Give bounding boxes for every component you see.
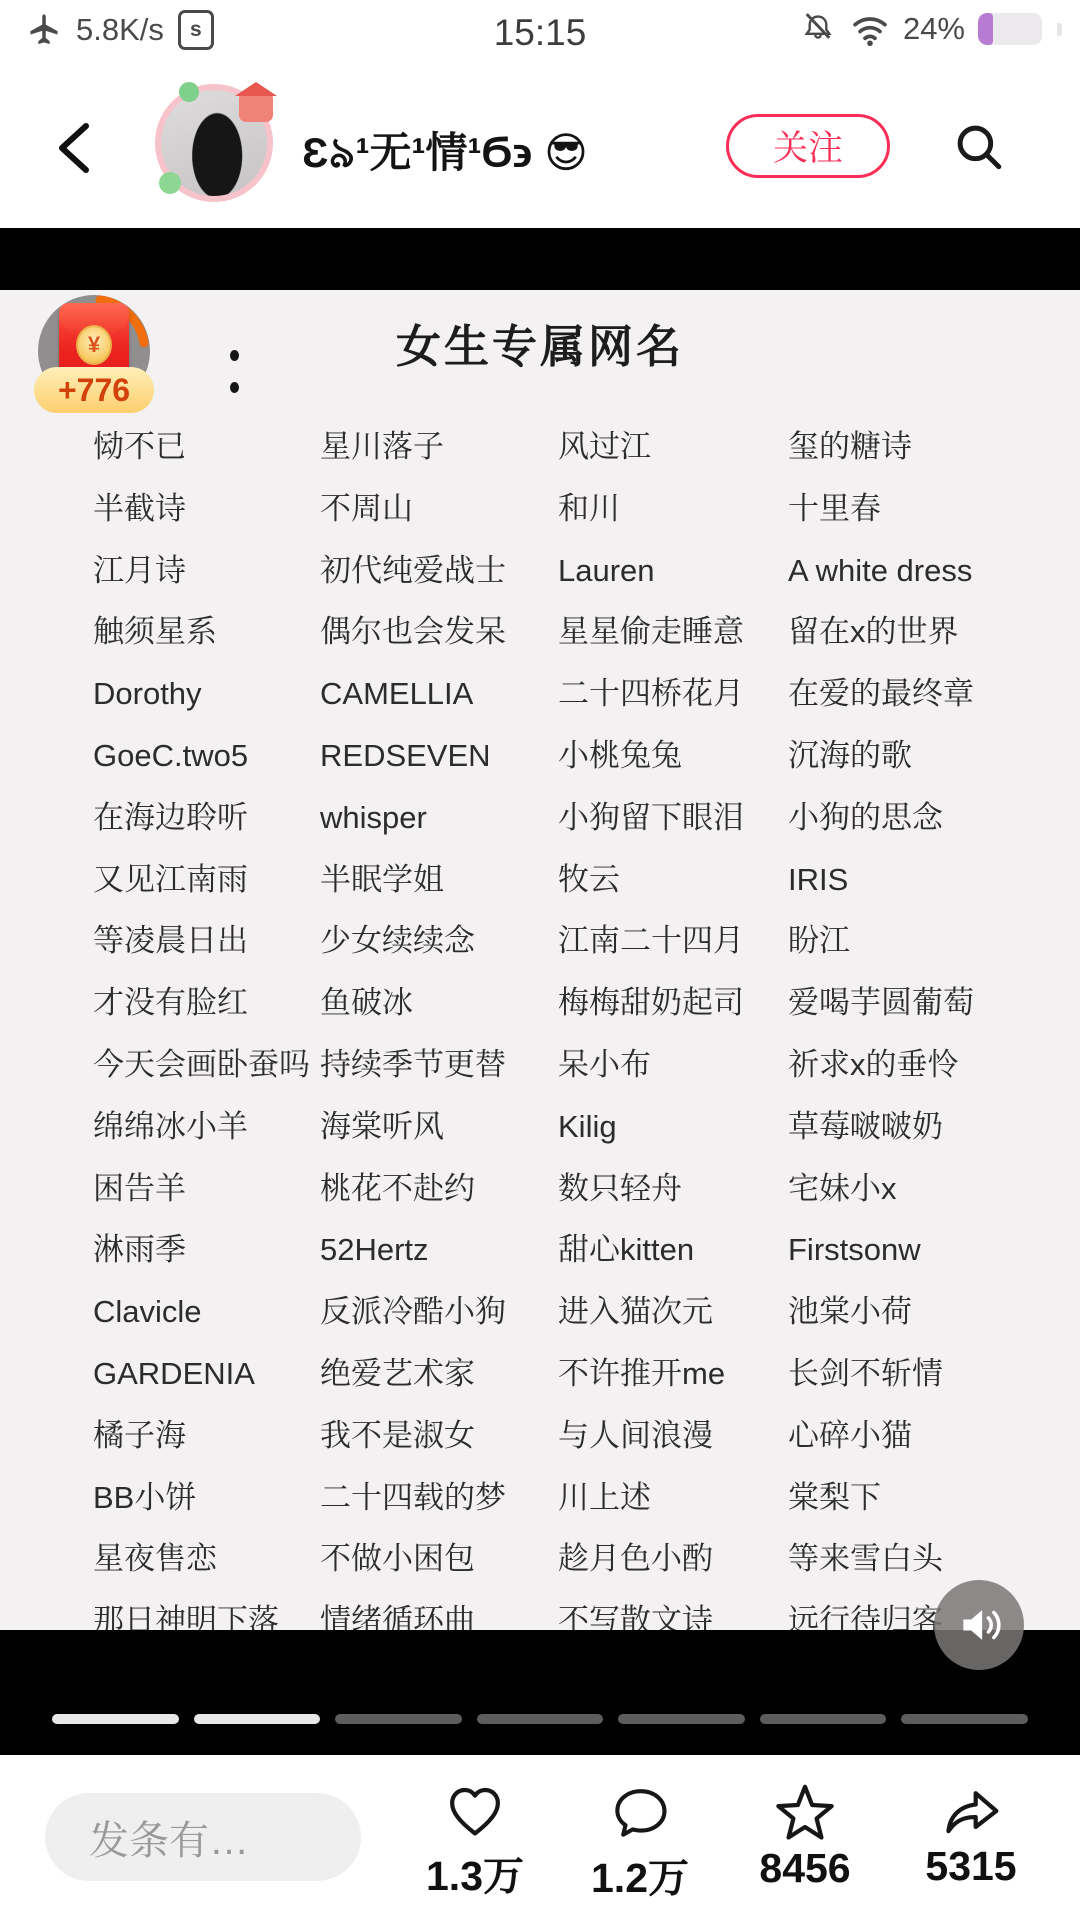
comment-button[interactable]: 1.2万 [560,1783,720,1904]
name-item: Kilig [558,1096,788,1158]
name-item: GoeC.two5 [93,725,320,787]
name-item: 草莓啵啵奶 [788,1096,1054,1158]
name-item: 进入猫次元 [558,1281,788,1343]
comment-bubble-icon [611,1783,669,1841]
names-grid: 恸不已星川落子风过江玺的糖诗半截诗不周山和川十里春江月诗初代纯爱战士Lauren… [93,416,1054,1630]
status-bar: 5.8K/s s 15:15 24% [0,0,1080,62]
share-count: 5315 [925,1843,1016,1890]
speaker-icon [954,1600,1004,1650]
progress-segment[interactable] [194,1714,321,1724]
follow-button[interactable]: 关注 [726,114,890,178]
name-item: 棠梨下 [788,1467,1054,1529]
heart-icon [445,1783,505,1839]
name-item: 半眠学姐 [320,849,558,911]
name-item: 爱喝芋圆葡萄 [788,972,1054,1034]
share-arrow-icon [941,1783,1001,1839]
name-item: A white dress [788,540,1054,602]
avatar-house-decoration-icon [239,92,273,122]
share-button[interactable]: 5315 [891,1783,1051,1890]
name-item: 等来雪白头 [788,1528,1054,1590]
name-item: Lauren [558,540,788,602]
name-item: 恸不已 [93,416,320,478]
progress-segment[interactable] [335,1714,462,1724]
video-artifact-dot [230,350,239,361]
name-item: 偶尔也会发呆 [320,601,558,663]
comment-input-placeholder: 发条有… [89,1809,249,1866]
progress-segment[interactable] [618,1714,745,1724]
name-item: 二十四载的梦 [320,1467,558,1529]
progress-segment[interactable] [52,1714,179,1724]
name-item: 半截诗 [93,478,320,540]
coin-yuan-icon: ¥ [76,325,112,365]
name-item: GARDENIA [93,1343,320,1405]
favorite-button[interactable]: 8456 [725,1783,885,1892]
video-artifact-dot [230,382,239,393]
name-item: 江月诗 [93,540,320,602]
name-item: 绵绵冰小羊 [93,1096,320,1158]
name-item: 少女续续念 [320,910,558,972]
name-item: 和川 [558,478,788,540]
name-item: 在爱的最终章 [788,663,1054,725]
name-item: 那日神明下落 [93,1590,320,1630]
airplane-mode-icon [26,12,62,48]
video-frame: 女生专属网名 ¥ +776 恸不已星川落子风过江玺的糖诗半截诗不周山和川十里春江… [0,290,1080,1630]
name-item: 星夜售恋 [93,1528,320,1590]
name-item: 星星偷走睡意 [558,601,788,663]
name-item: 趁月色小酌 [558,1528,788,1590]
comment-count: 1.2万 [591,1845,689,1904]
name-item: 才没有脸红 [93,972,320,1034]
creator-avatar[interactable] [155,84,273,202]
name-item: 池棠小荷 [788,1281,1054,1343]
avatar-plant-decoration-icon [179,82,199,102]
search-button[interactable] [952,120,1006,174]
name-item: 梅梅甜奶起司 [558,972,788,1034]
name-item: 星川落子 [320,416,558,478]
progress-segment[interactable] [901,1714,1028,1724]
network-speed: 5.8K/s [76,12,164,48]
star-icon [775,1783,835,1841]
name-item: 反派冷酷小狗 [320,1281,558,1343]
video-letterbox-top [0,228,1080,290]
name-item: BB小饼 [93,1467,320,1529]
name-item: 又见江南雨 [93,849,320,911]
name-item: 风过江 [558,416,788,478]
app-screen: 5.8K/s s 15:15 24% [0,0,1080,1920]
name-item: 在海边聆听 [93,787,320,849]
back-button[interactable] [50,120,98,176]
video-progress-bar[interactable] [52,1714,1028,1724]
name-item: 52Hertz [320,1219,558,1281]
red-packet-pendant[interactable]: ¥ +776 [38,295,150,413]
name-item: 初代纯爱战士 [320,540,558,602]
name-item: 小狗留下眼泪 [558,787,788,849]
favorite-count: 8456 [759,1845,850,1892]
name-item: 不写散文诗 [558,1590,788,1630]
comment-input[interactable]: 发条有… [45,1793,361,1881]
name-item: 玺的糖诗 [788,416,1054,478]
progress-segment[interactable] [477,1714,604,1724]
name-item: 甜心kitten [558,1219,788,1281]
name-item: 情绪循环曲 [320,1590,558,1630]
name-item: Clavicle [93,1281,320,1343]
name-item: 十里春 [788,478,1054,540]
red-packet-count-badge: +776 [34,367,154,413]
name-item: 宅妹小x [788,1158,1054,1220]
like-count: 1.3万 [426,1843,524,1902]
sim-s-badge-icon: s [178,10,214,50]
battery-fill [978,13,993,45]
wifi-icon [850,11,890,47]
name-item: 数只轻舟 [558,1158,788,1220]
name-item: whisper [320,787,558,849]
name-item: 等凌晨日出 [93,910,320,972]
name-item: 不做小困包 [320,1528,558,1590]
name-item: 川上述 [558,1467,788,1529]
name-item: 触须星系 [93,601,320,663]
name-item: Dorothy [93,663,320,725]
name-item: Firstsonw [788,1219,1054,1281]
video-letterbox-bottom [0,1630,1080,1755]
name-item: 小桃兔兔 [558,725,788,787]
volume-button[interactable] [934,1580,1024,1670]
name-item: 牧云 [558,849,788,911]
name-item: 盼江 [788,910,1054,972]
name-item: 不周山 [320,478,558,540]
name-item: IRIS [788,849,1054,911]
name-item: 心碎小猫 [788,1405,1054,1467]
name-item: 淋雨季 [93,1219,320,1281]
name-item: 呆小布 [558,1034,788,1096]
battery-nub [1057,23,1062,36]
status-right-group: 24% [799,10,1062,48]
status-left-group: 5.8K/s s [26,10,214,50]
name-item: 不许推开me [558,1343,788,1405]
battery-icon [978,13,1042,45]
name-item: 江南二十四月 [558,910,788,972]
name-item: 橘子海 [93,1405,320,1467]
video-title: 女生专属网名 [0,310,1080,375]
name-item: 长剑不斩情 [788,1343,1054,1405]
like-button[interactable]: 1.3万 [395,1783,555,1902]
bottom-action-bar: 发条有… 1.3万 1.2万 8456 5315 [0,1755,1080,1920]
name-item: 二十四桥花月 [558,663,788,725]
name-item: 祈求x的垂怜 [788,1034,1054,1096]
name-item: 绝爱艺术家 [320,1343,558,1405]
name-item: 与人间浪漫 [558,1405,788,1467]
creator-username[interactable]: Ɛ৯¹无¹情¹Ϭ϶ 😎 [302,120,588,191]
name-item: 沉海的歌 [788,725,1054,787]
name-item: CAMELLIA [320,663,558,725]
name-item: 今天会画卧蚕吗 [93,1034,320,1096]
name-item: 海棠听风 [320,1096,558,1158]
name-item: 小狗的思念 [788,787,1054,849]
battery-percent: 24% [903,11,965,47]
name-item: 持续季节更替 [320,1034,558,1096]
notifications-muted-icon [799,10,837,48]
avatar-plant-decoration-icon [159,172,181,194]
name-item: 桃花不赴约 [320,1158,558,1220]
video-header: Ɛ৯¹无¹情¹Ϭ϶ 😎 关注 [0,62,1080,228]
clock: 15:15 [494,12,587,54]
name-item: 我不是淑女 [320,1405,558,1467]
name-item: 困告羊 [93,1158,320,1220]
progress-segment[interactable] [760,1714,887,1724]
name-item: 鱼破冰 [320,972,558,1034]
name-item: 留在x的世界 [788,601,1054,663]
name-item: REDSEVEN [320,725,558,787]
